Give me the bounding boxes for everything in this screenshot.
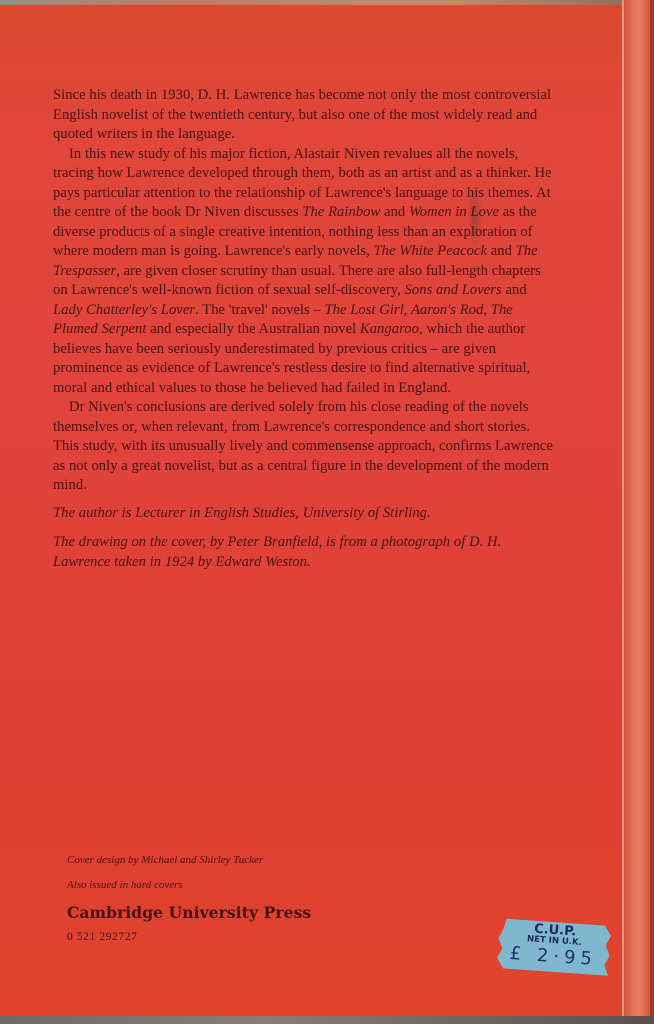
book-title: Women in Love [409,204,499,220]
isbn-number: 0 521 292727 [67,931,311,943]
spine-fold-line [622,0,624,1024]
blurb-text-run: and [502,282,527,298]
cover-design-credit: Cover design by Michael and Shirley Tuck… [67,853,311,867]
blurb-text: Since his death in 1930, D. H. Lawrence … [53,86,553,572]
top-edge [0,0,654,5]
blurb-text-run: . The 'travel' novels – [195,302,324,318]
bottom-edge [0,1016,654,1024]
book-title: Sons and Lovers [405,282,502,298]
blurb-paragraph-2: In this new study of his major fiction, … [53,145,553,399]
publisher-name: Cambridge University Press [67,903,311,922]
blurb-text-run: Dr Niven's conclusions are derived solel… [53,399,553,493]
blurb-text-run: and especially the Australian novel [147,321,360,337]
cover-illustration-note: The drawing on the cover, by Peter Branf… [53,533,553,572]
blurb-text-run: and [487,243,516,259]
blurb-paragraph-1: Since his death in 1930, D. H. Lawrence … [53,86,553,145]
book-title: Lady Chatterley's Lover [53,302,195,318]
blurb-text-run: Since his death in 1930, D. H. Lawrence … [53,87,551,142]
price-sticker: C.U.P. NET IN U.K. £ 2·95 [496,918,611,976]
book-title: Kangaroo [360,321,419,337]
blurb-paragraph-3: Dr Niven's conclusions are derived solel… [53,398,553,496]
spine-edge-shadow [650,0,654,1024]
book-title: The Rainbow [302,204,380,220]
blurb-text-run: and [380,204,409,220]
author-note: The author is Lecturer in English Studie… [53,504,553,524]
credits-block: Cover design by Michael and Shirley Tuck… [67,853,311,943]
hardcover-note: Also issued in hard covers [67,878,311,892]
book-title: The White Peacock [374,243,488,259]
